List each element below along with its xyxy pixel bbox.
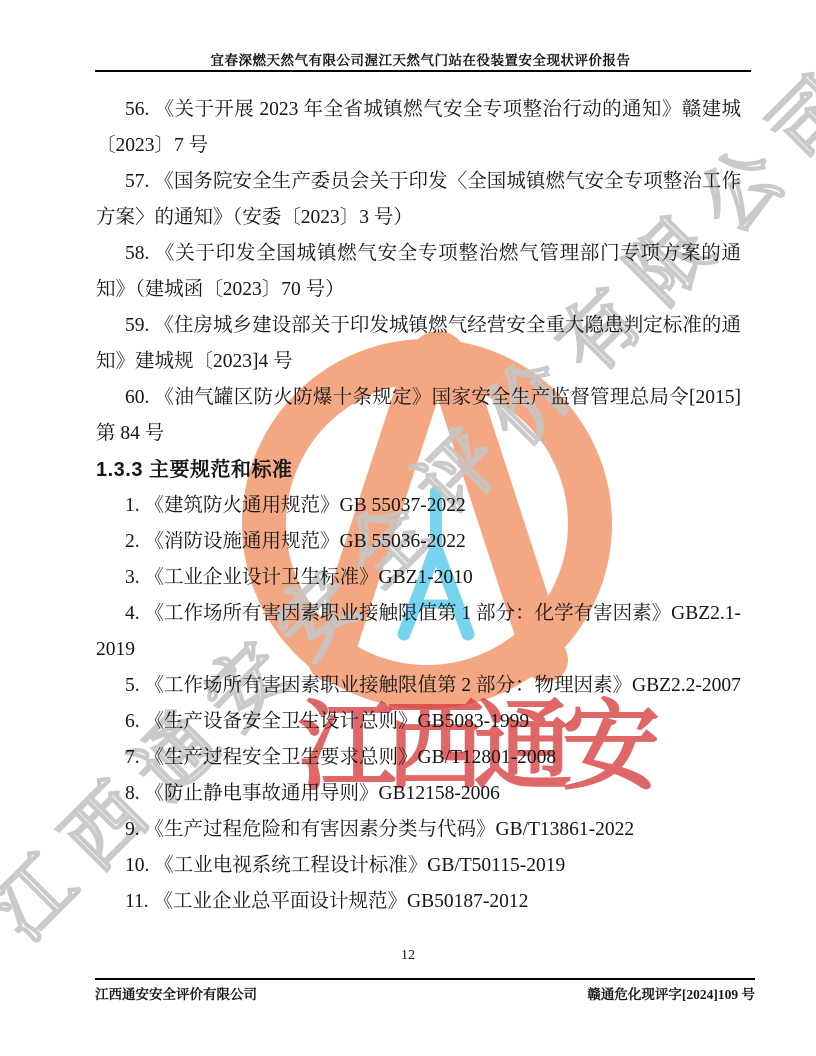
standard-item-2: 2. 《消防设施通用规范》GB 55036-2022 [96, 524, 741, 560]
footer-company-name: 江西通安安全评价有限公司 [95, 983, 257, 1003]
standard-item-8: 8. 《防止静电事故通用导则》GB12158-2006 [96, 776, 741, 812]
standard-item-1: 1. 《建筑防火通用规范》GB 55037-2022 [96, 488, 741, 524]
header-rule [95, 70, 751, 72]
standard-item-7: 7. 《生产过程安全卫生要求总则》GB/T12801-2008 [96, 740, 741, 776]
footer-rule [95, 978, 755, 980]
reference-item-56: 56. 《关于开展 2023 年全省城镇燃气安全专项整治行动的通知》赣建城〔20… [96, 92, 741, 164]
reference-item-57: 57. 《国务院安全生产委员会关于印发〈全国城镇燃气安全专项整治工作方案〉的通知… [96, 164, 741, 236]
standard-item-5: 5. 《工作场所有害因素职业接触限值第 2 部分：物理因素》GBZ2.2-200… [96, 668, 741, 704]
header-title: 宜春深燃天然气有限公司渥江天然气门站在役装置安全现状评价报告 [95, 49, 746, 69]
reference-item-60: 60. 《油气罐区防火防爆十条规定》国家安全生产监督管理总局令[2015]第 8… [96, 380, 741, 452]
standard-item-6: 6. 《生产设备安全卫生设计总则》GB5083-1999 [96, 704, 741, 740]
standard-item-11: 11. 《工业企业总平面设计规范》GB50187-2012 [96, 884, 741, 920]
footer-document-number: 赣通危化现评字[2024]109 号 [587, 983, 755, 1003]
document-page: 江西通安安全评价有限公司 江西通安 宜春深燃天然气有限公司渥江天然气门站在役装置… [0, 0, 816, 1056]
reference-item-59: 59. 《住房城乡建设部关于印发城镇燃气经营安全重大隐患判定标准的通知》建城规〔… [96, 308, 741, 380]
page-number: 12 [0, 948, 816, 964]
section-heading: 1.3.3 主要规范和标准 [96, 452, 741, 488]
standard-item-10: 10. 《工业电视系统工程设计标准》GB/T50115-2019 [96, 848, 741, 884]
standard-item-3: 3. 《工业企业设计卫生标准》GBZ1-2010 [96, 560, 741, 596]
document-body: 56. 《关于开展 2023 年全省城镇燃气安全专项整治行动的通知》赣建城〔20… [96, 92, 741, 920]
footer: 江西通安安全评价有限公司 赣通危化现评字[2024]109 号 [95, 983, 755, 1003]
standard-item-4: 4. 《工作场所有害因素职业接触限值第 1 部分：化学有害因素》GBZ2.1-2… [96, 596, 741, 668]
reference-item-58: 58. 《关于印发全国城镇燃气安全专项整治燃气管理部门专项方案的通知》（建城函〔… [96, 236, 741, 308]
standard-item-9: 9. 《生产过程危险和有害因素分类与代码》GB/T13861-2022 [96, 812, 741, 848]
